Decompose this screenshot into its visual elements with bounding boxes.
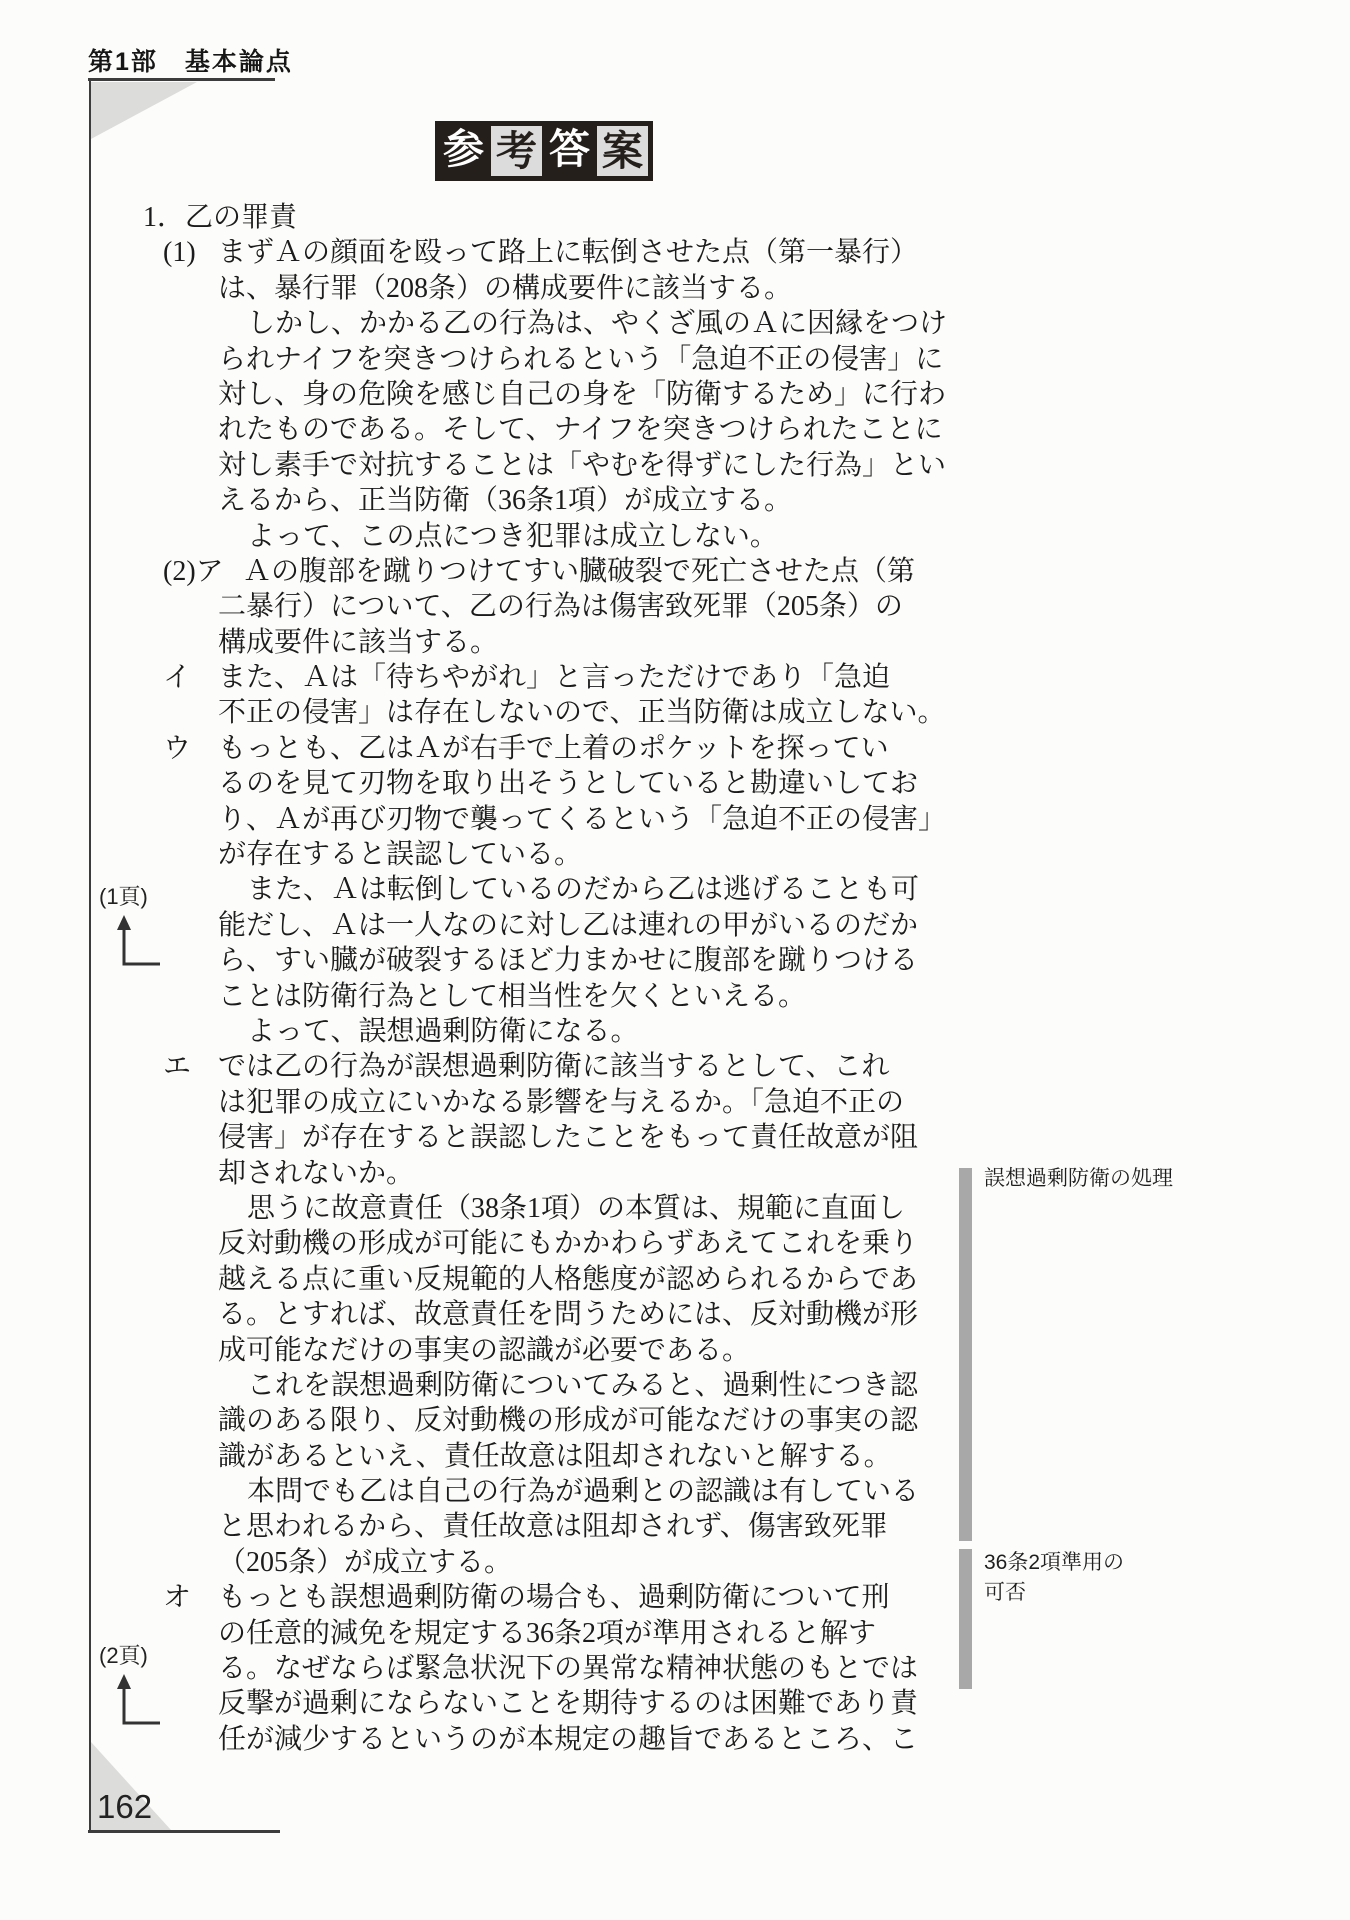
- chapter-header: 第1部 基本論点: [88, 42, 293, 78]
- body-line-text: もっとも誤想過剰防衛の場合も、過剰防衛について刑: [218, 1582, 889, 1613]
- body-line-label: オ: [163, 1580, 191, 1615]
- title-char: 参: [438, 124, 489, 174]
- body-line-text: 不正の侵害」は存在しないので、正当防衛は成立しない。: [218, 697, 945, 728]
- body-line-text: もっとも、乙はＡが右手で上着のポケットを探ってい: [218, 733, 889, 764]
- body-line-text: 任が減少するというのが本規定の趣旨であるところ、こ: [218, 1724, 918, 1755]
- margin-note-bar: [959, 1168, 972, 1541]
- body-line-label: (1): [163, 235, 196, 270]
- body-line-text: よって、この点につき犯罪は成立しない。: [247, 521, 778, 552]
- footer-rule: [88, 1830, 280, 1833]
- body-line-text: は犯罪の成立にいかなる影響を与えるか。「急迫不正の: [218, 1087, 904, 1118]
- body-line: 却されないか。: [0, 1156, 980, 1191]
- body-line-text: また、Ａは「待ちやがれ」と言っただけであり「急迫: [218, 662, 890, 693]
- body-line: る。とすれば、故意責任を問うためには、反対動機が形: [0, 1297, 980, 1332]
- page-break-label: (2頁): [99, 1643, 148, 1668]
- body-line-text: 反対動機の形成が可能にもかかわらずあえてこれを乗り: [218, 1228, 918, 1259]
- margin-note-bar: [959, 1549, 972, 1689]
- body-line-label: エ: [163, 1049, 191, 1084]
- body-line-text: また、Ａは転倒しているのだから乙は逃げることも可: [247, 874, 919, 905]
- body-line: （205条）が成立する。: [0, 1545, 980, 1580]
- body-line-text: しかし、かかる乙の行為は、やくざ風のＡに因縁をつけ: [247, 308, 947, 339]
- body-line-text: これを誤想過剰防衛についてみると、過剰性につき認: [247, 1370, 918, 1401]
- body-line-text: る。とすれば、故意責任を問うためには、反対動機が形: [218, 1299, 918, 1330]
- body-line: 侵害」が存在すると誤認したことをもって責任故意が阻: [0, 1120, 980, 1155]
- body-line: 構成要件に該当する。: [0, 625, 980, 660]
- body-line-text: 構成要件に該当する。: [218, 627, 498, 658]
- body-line-text: ことは防衛行為として相当性を欠くといえる。: [218, 981, 806, 1012]
- body-line-text: 侵害」が存在すると誤認したことをもって責任故意が阻: [218, 1122, 918, 1153]
- body-line: 識のある限り、反対動機の形成が可能なだけの事実の認: [0, 1403, 980, 1438]
- margin-note: 誤想過剰防衛の処理: [984, 1164, 1244, 1194]
- margin-note-line: 誤想過剰防衛の処理: [984, 1164, 1244, 1194]
- body-line: は、暴行罪（208条）の構成要件に該当する。: [0, 271, 980, 306]
- body-line-text: は、暴行罪（208条）の構成要件に該当する。: [218, 273, 792, 304]
- body-line: 1．乙の罪責: [0, 200, 980, 235]
- title-char: 考: [489, 124, 544, 178]
- page-break-arrow-icon: [114, 915, 162, 969]
- body-line: と思われるから、責任故意は阻却されず、傷害致死罪: [0, 1509, 980, 1544]
- body-line-text: の任意的減免を規定する36条2項が準用されると解す: [218, 1618, 876, 1649]
- section-title-box: 参 考 答 案: [435, 121, 653, 181]
- body-line-text: 本問でも乙は自己の行為が過剰との認識は有している: [247, 1476, 919, 1507]
- body-line-text: 却されないか。: [218, 1158, 414, 1189]
- body-line-label: ウ: [163, 731, 191, 766]
- body-line: 対し、身の危険を感じ自己の身を「防衛するため」に行わ: [0, 377, 980, 412]
- body-line-text: 成可能なだけの事実の認識が必要である。: [218, 1335, 750, 1366]
- body-line: られナイフを突きつけられるという「急迫不正の侵害」に: [0, 342, 980, 377]
- body-line-text: と思われるから、責任故意は阻却されず、傷害致死罪: [218, 1511, 888, 1542]
- body-line: (2)アＡの腹部を蹴りつけてすい臓破裂で死亡させた点（第: [0, 554, 980, 589]
- body-line: り、Ａが再び刃物で襲ってくるという「急迫不正の侵害」: [0, 802, 980, 837]
- body-line-text: Ａの腹部を蹴りつけてすい臓破裂で死亡させた点（第: [243, 556, 915, 587]
- body-line-text: が存在すると誤認している。: [218, 839, 582, 870]
- body-line-label: (2)ア: [163, 554, 224, 589]
- page-break-marker-2: (2頁): [99, 1639, 189, 1728]
- margin-note-line: 36条2項準用の: [984, 1548, 1244, 1578]
- body-line-label: イ: [163, 660, 191, 695]
- body-line: よって、この点につき犯罪は成立しない。: [0, 519, 980, 554]
- body-line-text: 反撃が過剰にならないことを期待するのは困難であり責: [218, 1688, 918, 1719]
- body-line-text: 能だし、Ａは一人なのに対し乙は連れの甲がいるのだか: [218, 910, 918, 941]
- body-line: 成可能なだけの事実の認識が必要である。: [0, 1333, 980, 1368]
- title-char: 答: [544, 124, 595, 174]
- page-break-marker-1: (1頁): [99, 880, 189, 969]
- body-line: れたものである。そして、ナイフを突きつけられたことに: [0, 412, 980, 447]
- body-line: るのを見て刃物を取り出そうとしていると勘違いしてお: [0, 766, 980, 801]
- body-line: えるから、正当防衛（36条1項）が成立する。: [0, 483, 980, 518]
- body-line-text: 識があるといえ、責任故意は阻却されないと解する。: [218, 1441, 892, 1472]
- body-line: 二暴行）について、乙の行為は傷害致死罪（205条）の: [0, 589, 980, 624]
- textbook-page: 第1部 基本論点 162 参 考 答 案 1．乙の罪責(1)まずＡの顔面を殴って…: [0, 0, 1350, 1920]
- page-break-arrow-icon: [114, 1674, 162, 1728]
- body-line: 思うに故意責任（38条1項）の本質は、規範に直面し: [0, 1191, 980, 1226]
- body-line: 不正の侵害」は存在しないので、正当防衛は成立しない。: [0, 695, 980, 730]
- body-line-text: 対し、身の危険を感じ自己の身を「防衛するため」に行わ: [218, 379, 946, 410]
- body-line-text: れたものである。そして、ナイフを突きつけられたことに: [218, 414, 943, 445]
- body-line-text: る。なぜならば緊急状況下の異常な精神状態のもとでは: [218, 1653, 918, 1684]
- title-char: 案: [595, 124, 650, 178]
- body-line: 識があるといえ、責任故意は阻却されないと解する。: [0, 1439, 980, 1474]
- body-line-text: ら、すい臓が破裂するほど力まかせに腹部を蹴りつける: [218, 945, 918, 976]
- body-line: ウもっとも、乙はＡが右手で上着のポケットを探ってい: [0, 731, 980, 766]
- header-rule: [88, 78, 275, 81]
- body-line-text: 対し素手で対抗することは「やむを得ずにした行為」とい: [218, 450, 946, 481]
- body-line: しかし、かかる乙の行為は、やくざ風のＡに因縁をつけ: [0, 306, 980, 341]
- body-line: エでは乙の行為が誤想過剰防衛に該当するとして、これ: [0, 1049, 980, 1084]
- body-line-text: 1．乙の罪責: [143, 202, 297, 233]
- body-line-text: られナイフを突きつけられるという「急迫不正の侵害」に: [218, 344, 943, 375]
- body-line: が存在すると誤認している。: [0, 837, 980, 872]
- body-line: オもっとも誤想過剰防衛の場合も、過剰防衛について刑: [0, 1580, 980, 1615]
- margin-note: 36条2項準用の 可否: [984, 1548, 1244, 1608]
- body-line: イまた、Ａは「待ちやがれ」と言っただけであり「急迫: [0, 660, 980, 695]
- body-line: 反対動機の形成が可能にもかかわらずあえてこれを乗り: [0, 1226, 980, 1261]
- body-line-text: 思うに故意責任（38条1項）の本質は、規範に直面し: [247, 1193, 905, 1224]
- body-line-text: り、Ａが再び刃物で襲ってくるという「急迫不正の侵害」: [218, 804, 946, 835]
- body-line-text: では乙の行為が誤想過剰防衛に該当するとして、これ: [218, 1051, 889, 1082]
- body-line: (1)まずＡの顔面を殴って路上に転倒させた点（第一暴行）: [0, 235, 980, 270]
- body-line-text: 識のある限り、反対動機の形成が可能なだけの事実の認: [218, 1405, 918, 1436]
- page-break-label: (1頁): [99, 884, 148, 909]
- answer-body: 1．乙の罪責(1)まずＡの顔面を殴って路上に転倒させた点（第一暴行）は、暴行罪（…: [0, 200, 980, 1757]
- body-line: よって、誤想過剰防衛になる。: [0, 1014, 980, 1049]
- margin-note-line: 可否: [984, 1578, 1244, 1608]
- body-line: 本問でも乙は自己の行為が過剰との認識は有している: [0, 1474, 980, 1509]
- corner-triangle-top: [91, 82, 197, 139]
- body-line-text: （205条）が成立する。: [218, 1547, 512, 1578]
- page-number: 162: [97, 1788, 152, 1826]
- body-line: は犯罪の成立にいかなる影響を与えるか。「急迫不正の: [0, 1085, 980, 1120]
- body-line-text: 越える点に重い反規範的人格態度が認められるからであ: [218, 1264, 918, 1295]
- body-line-text: まずＡの顔面を殴って路上に転倒させた点（第一暴行）: [218, 237, 918, 268]
- body-line: ことは防衛行為として相当性を欠くといえる。: [0, 979, 980, 1014]
- body-line-text: えるから、正当防衛（36条1項）が成立する。: [218, 485, 792, 516]
- body-line-text: よって、誤想過剰防衛になる。: [247, 1016, 638, 1047]
- body-line-text: 二暴行）について、乙の行為は傷害致死罪（205条）の: [218, 591, 903, 622]
- body-line-text: るのを見て刃物を取り出そうとしていると勘違いしてお: [218, 768, 918, 799]
- body-line: 対し素手で対抗することは「やむを得ずにした行為」とい: [0, 448, 980, 483]
- body-line: 越える点に重い反規範的人格態度が認められるからであ: [0, 1262, 980, 1297]
- body-line: これを誤想過剰防衛についてみると、過剰性につき認: [0, 1368, 980, 1403]
